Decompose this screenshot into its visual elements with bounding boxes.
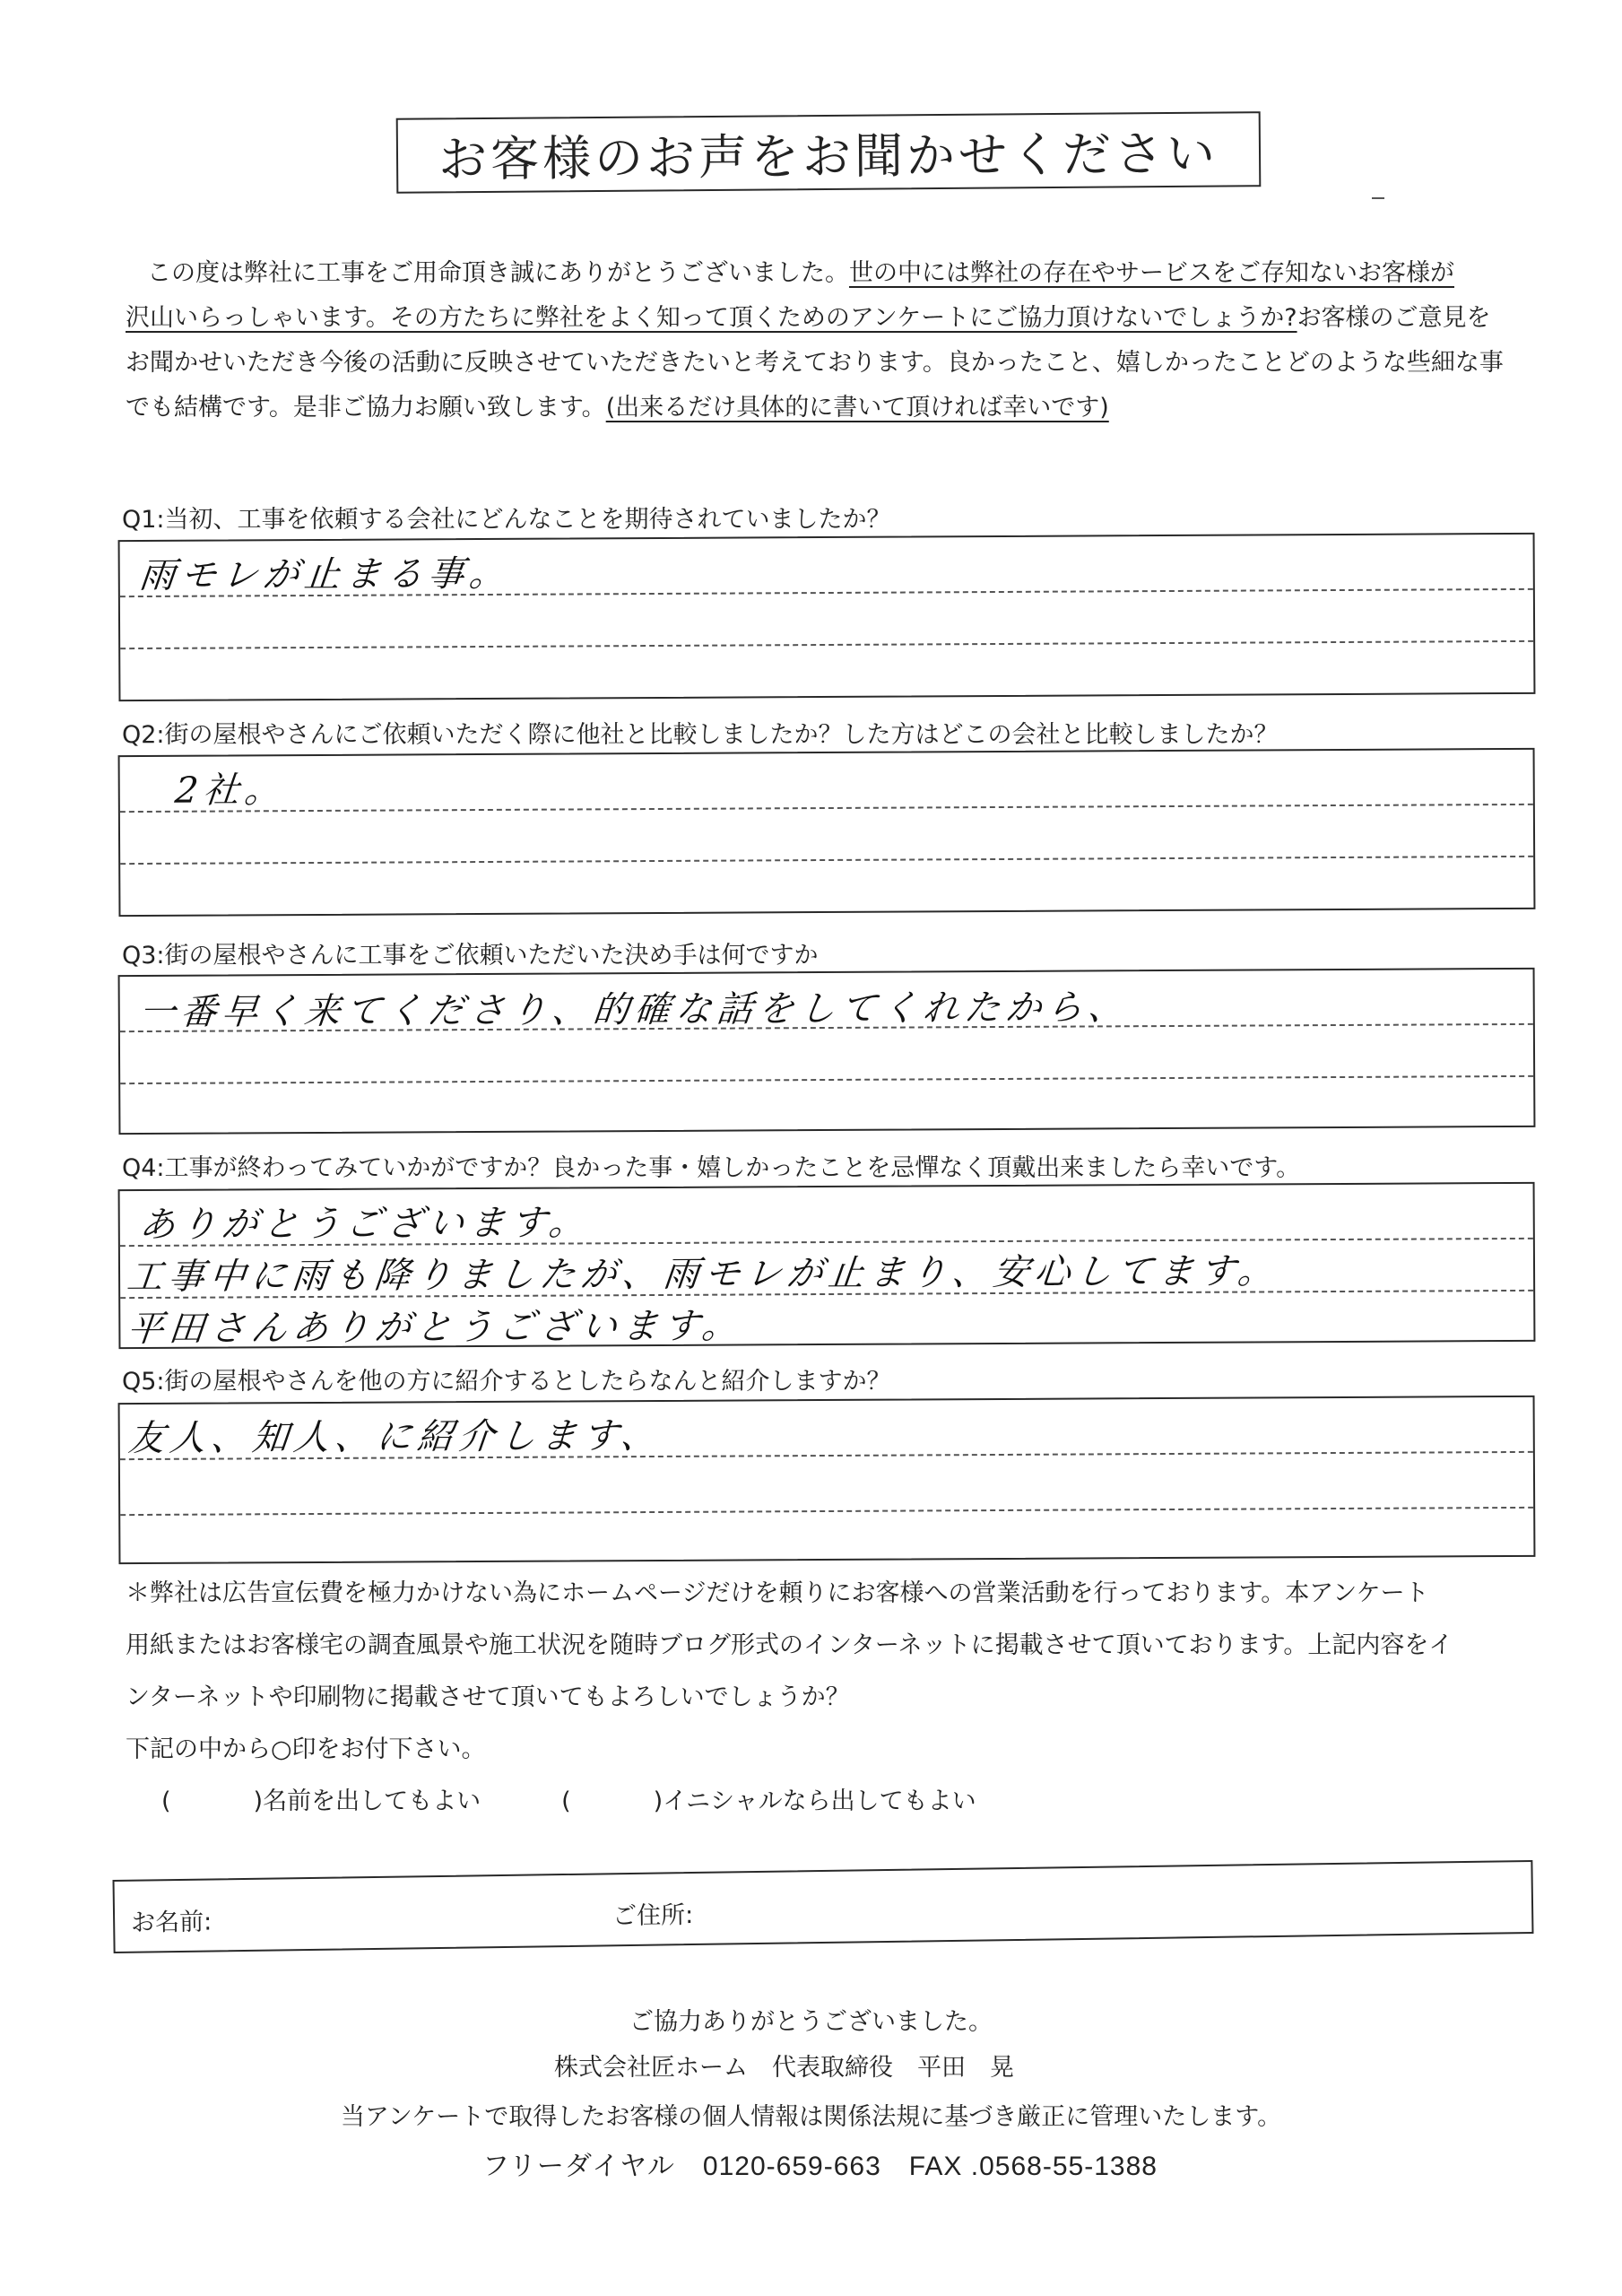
question-5-label: Q5:街の屋根やさんを他の方に紹介するとしたらなんと紹介しますか？ bbox=[122, 1361, 891, 1396]
question-4-label: Q4:工事が終わってみていかがですか？良かった事・嬉しかったことを忌憚なく頂戴出… bbox=[122, 1148, 1300, 1183]
intro-text-underlined: (出来るだけ具体的に書いて頂ければ幸いです) bbox=[606, 394, 1109, 422]
answer-rule bbox=[120, 640, 1533, 649]
answer-rule bbox=[120, 856, 1533, 865]
footer-thanks: ご協力ありがとうございました。 bbox=[0, 2002, 1622, 2037]
question-2-label: Q2:街の屋根やさんにご依頼いただく際に他社と比較しましたか？した方はどこの会社… bbox=[122, 715, 1279, 750]
paren-close: ) bbox=[654, 1776, 664, 1828]
survey-page: お客様のお声をお聞かせください この度は弊社に工事をご用命頂き誠にありがとうござ… bbox=[0, 0, 1622, 2296]
footer-company: 株式会社匠ホーム 代表取締役 平田 晃 bbox=[0, 2048, 1595, 2083]
handwritten-answer: 工事中に雨も降りましたが、雨モレが止まり、安心してます。 bbox=[125, 1242, 1281, 1300]
answer-box-2[interactable]: 2社。 bbox=[118, 748, 1536, 917]
note-text: ＊弊社は広告宣伝費を極力かけない為にホームページだけを頼りにお客様への営業活動を… bbox=[126, 1568, 1560, 1620]
publication-note: ＊弊社は広告宣伝費を極力かけない為にホームページだけを頼りにお客様への営業活動を… bbox=[126, 1568, 1560, 1828]
handwritten-answer: ありがとうございます。 bbox=[137, 1194, 593, 1248]
intro-text-underlined: 沢山いらっしゃいます。その方たちに弊社をよく知って頂くためのアンケートにご協力頂… bbox=[126, 304, 1297, 332]
page-title: お客様のお声をお聞かせください bbox=[438, 115, 1219, 190]
handwritten-answer: 平田さんありがとうございます。 bbox=[125, 1297, 745, 1352]
paren-open: ( bbox=[161, 1776, 171, 1828]
intro-text-underlined: 世の中には弊社の存在やサービスをご存知ないお客様が bbox=[849, 259, 1454, 287]
answer-rule bbox=[120, 804, 1533, 813]
note-text: ンターネットや印刷物に掲載させて頂いてもよろしいでしょうか？ bbox=[126, 1672, 1560, 1724]
option-label: イニシャルなら出してもよい bbox=[663, 1776, 976, 1828]
intro-text: お聞かせいただき今後の活動に反映させていただきたいと考えております。良かったこと… bbox=[126, 349, 1504, 377]
paren-close: ) bbox=[254, 1776, 264, 1828]
name-label: お名前: bbox=[131, 1902, 213, 1938]
answer-rule bbox=[120, 1075, 1533, 1084]
intro-text: でも結構です。是非ご協力お願い致します。 bbox=[126, 394, 606, 422]
footer-privacy: 当アンケートで取得したお客様の個人情報は関係法規に基づき厳正に管理いたします。 bbox=[0, 2097, 1622, 2132]
handwritten-answer: 友人、知人、に紹介します、 bbox=[126, 1407, 664, 1461]
paren-open: ( bbox=[561, 1776, 571, 1828]
note-text: 用紙またはお客様宅の調査風景や施工状況を随時ブログ形式のインターネットに掲載させ… bbox=[126, 1620, 1560, 1672]
option-name-ok[interactable]: ( ) 名前を出してもよい bbox=[161, 1776, 481, 1828]
consent-options: ( ) 名前を出してもよい ( ) イニシャルなら出してもよい bbox=[126, 1776, 1560, 1828]
question-3-label: Q3:街の屋根やさんに工事をご依頼いただいた決め手は何ですか bbox=[122, 935, 819, 970]
answer-box-1[interactable]: 雨モレが止まる事。 bbox=[118, 533, 1536, 701]
answer-box-3[interactable]: 一番早く来てくださり、的確な話をしてくれたから、 bbox=[118, 968, 1536, 1135]
handwritten-answer: 雨モレが止まる事。 bbox=[137, 545, 514, 598]
answer-box-4[interactable]: ありがとうございます。 工事中に雨も降りましたが、雨モレが止まり、安心してます。… bbox=[118, 1182, 1536, 1349]
option-initials-ok[interactable]: ( ) イニシャルなら出してもよい bbox=[561, 1776, 976, 1828]
title-box: お客様のお声をお聞かせください bbox=[396, 111, 1262, 194]
address-label: ご住所: bbox=[612, 1895, 694, 1931]
intro-text: この度は弊社に工事をご用命頂き誠にありがとうございました。 bbox=[147, 259, 849, 287]
option-label: 名前を出してもよい bbox=[263, 1776, 481, 1828]
intro-text: お客様のご意見を bbox=[1297, 304, 1491, 332]
handwritten-answer: 2社。 bbox=[173, 761, 289, 813]
answer-box-5[interactable]: 友人、知人、に紹介します、 bbox=[118, 1396, 1536, 1564]
intro-paragraph: この度は弊社に工事をご用命頂き誠にありがとうございました。世の中には弊社の存在や… bbox=[126, 251, 1560, 430]
answer-rule bbox=[120, 1507, 1533, 1516]
note-instruction: 下記の中から○印をお付下さい。 bbox=[126, 1724, 1560, 1776]
scan-mark bbox=[1372, 197, 1384, 199]
footer-contact: フリーダイヤル 0120-659-663 FAX .0568-55-1388 bbox=[9, 2144, 1622, 2183]
handwritten-answer: 一番早く来てくださり、的確な話をしてくれたから、 bbox=[137, 978, 1132, 1035]
name-address-box[interactable]: お名前: ご住所: bbox=[113, 1860, 1534, 1953]
question-1-label: Q1:当初、工事を依頼する会社にどんなことを期待されていましたか？ bbox=[122, 500, 891, 535]
